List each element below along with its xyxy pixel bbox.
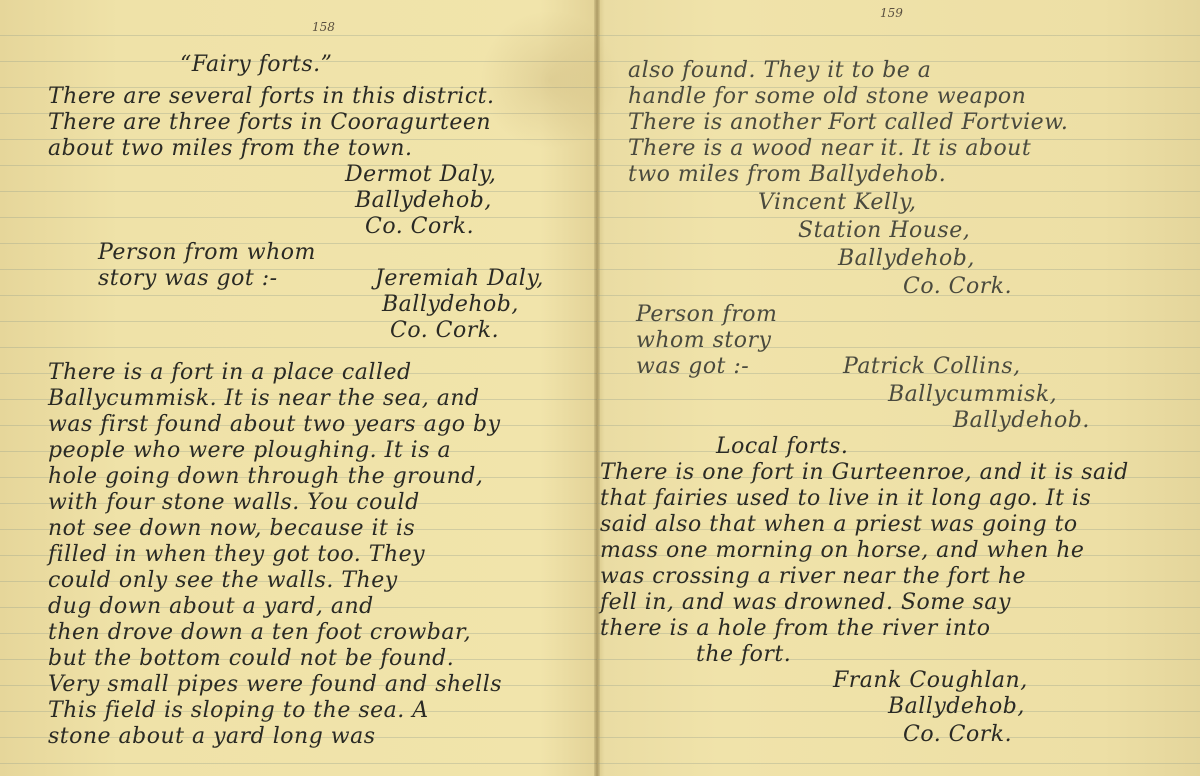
continued-line: handle for some old stone weapon xyxy=(628,84,1026,110)
left-page: 158 “Fairy forts.” There are several for… xyxy=(0,0,597,776)
signature-line: Ballydehob, xyxy=(838,246,975,272)
source-label: story was got :- xyxy=(98,266,278,292)
intro-line: There are several forts in this district… xyxy=(48,84,494,110)
body-line: mass one morning on horse, and when he xyxy=(600,538,1084,564)
signature-line: Ballydehob, xyxy=(888,694,1025,720)
continued-line: There is a wood near it. It is about xyxy=(628,136,1031,162)
body-line: said also that when a priest was going t… xyxy=(600,512,1078,538)
body-line: dug down about a yard, and xyxy=(48,594,374,620)
story-title: Local forts. xyxy=(716,434,848,460)
body-line: but the bottom could not be found. xyxy=(48,646,454,672)
body-line: There is one fort in Gurteenroe, and it … xyxy=(600,460,1129,486)
body-line: This field is sloping to the sea. A xyxy=(48,698,429,724)
source-line: Patrick Collins, xyxy=(843,354,1021,380)
source-label: whom story xyxy=(636,328,771,354)
source-line: Ballycummisk, xyxy=(888,382,1057,408)
signature-line: Vincent Kelly, xyxy=(758,190,917,216)
source-line: Jeremiah Daly, xyxy=(375,266,544,292)
body-line: the fort. xyxy=(696,642,791,668)
continued-line: also found. They it to be a xyxy=(628,58,931,84)
page-number: 159 xyxy=(880,6,903,20)
body-line: filled in when they got too. They xyxy=(48,542,425,568)
source-line: Co. Cork. xyxy=(390,318,499,344)
signature-line: Co. Cork. xyxy=(903,722,1012,748)
right-page: 159 also found. They it to be a handle f… xyxy=(598,0,1200,776)
body-line: people who were ploughing. It is a xyxy=(48,438,451,464)
body-line: Very small pipes were found and shells xyxy=(48,672,502,698)
body-line: was first found about two years ago by xyxy=(48,412,501,438)
page-number: 158 xyxy=(312,20,335,34)
body-line: with four stone walls. You could xyxy=(48,490,420,516)
body-line: Ballycummisk. It is near the sea, and xyxy=(48,386,480,412)
body-line: There is a fort in a place called xyxy=(48,360,412,386)
continued-line: There is another Fort called Fortview. xyxy=(628,110,1068,136)
body-line: then drove down a ten foot crowbar, xyxy=(48,620,471,646)
intro-line: about two miles from the town. xyxy=(48,136,412,162)
body-line: could only see the walls. They xyxy=(48,568,398,594)
body-line: was crossing a river near the fort he xyxy=(600,564,1026,590)
signature-line: Co. Cork. xyxy=(903,274,1012,300)
signature-line: Co. Cork. xyxy=(365,214,474,240)
intro-line: There are three forts in Cooragurteen xyxy=(48,110,491,136)
body-line: hole going down through the ground, xyxy=(48,464,483,490)
source-label: was got :- xyxy=(636,354,749,380)
signature-line: Station House, xyxy=(798,218,970,244)
signature-line: Ballydehob, xyxy=(355,188,492,214)
body-line: fell in, and was drowned. Some say xyxy=(600,590,1011,616)
source-line: Ballydehob. xyxy=(953,408,1090,434)
source-label: Person from xyxy=(636,302,777,328)
signature-line: Dermot Daly, xyxy=(345,162,496,188)
story-title: “Fairy forts.” xyxy=(180,52,332,78)
body-line: stone about a yard long was xyxy=(48,724,376,750)
continued-line: two miles from Ballydehob. xyxy=(628,162,946,188)
body-line: that fairies used to live in it long ago… xyxy=(600,486,1091,512)
notebook-spread: 158 “Fairy forts.” There are several for… xyxy=(0,0,1200,776)
body-line: there is a hole from the river into xyxy=(600,616,991,642)
signature-line: Frank Coughlan, xyxy=(833,668,1028,694)
body-line: not see down now, because it is xyxy=(48,516,415,542)
source-line: Ballydehob, xyxy=(382,292,519,318)
source-label: Person from whom xyxy=(98,240,316,266)
